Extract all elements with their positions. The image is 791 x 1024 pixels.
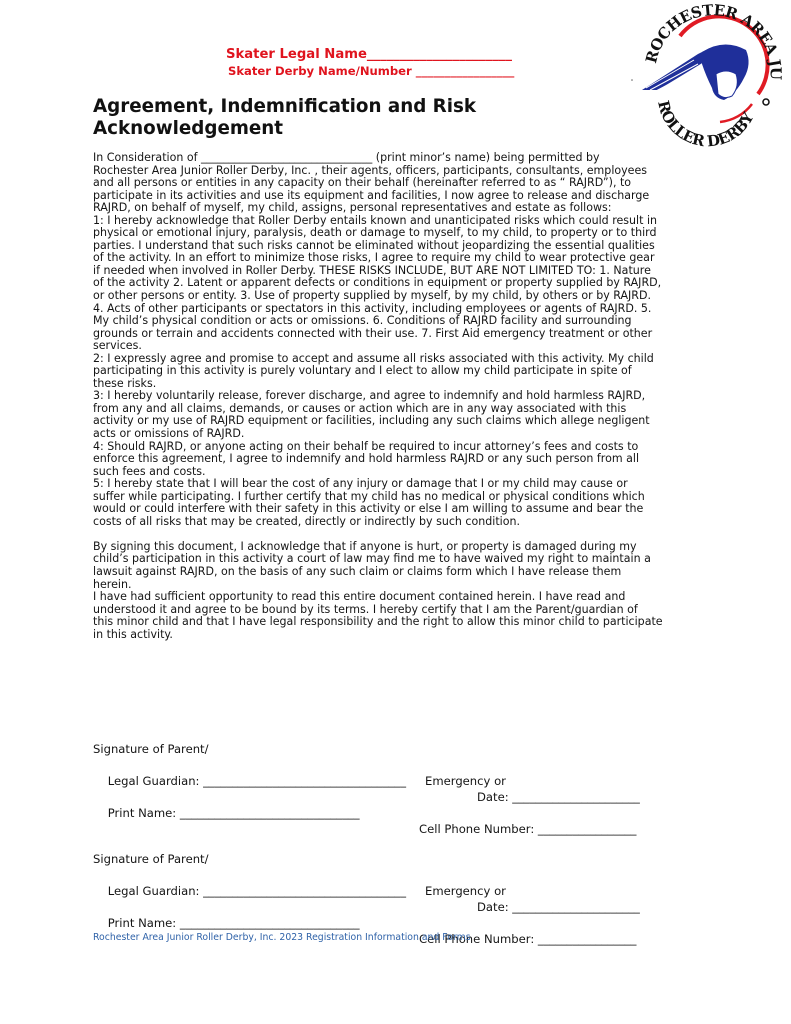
page-title: Agreement, Indemnification and Risk Ackn… (93, 96, 533, 140)
body-line: 5: I hereby state that I will bear the c… (93, 478, 713, 491)
print-name-field[interactable]: Print Name: ____________________________… (108, 916, 360, 930)
body-line: acts or omissions of RAJRD. (93, 428, 713, 441)
legal-guardian-signature-field[interactable]: Legal Guardian: ________________________… (93, 757, 713, 773)
body-line: would or could interfere with their safe… (93, 503, 713, 516)
page-footer: Rochester Area Junior Roller Derby, Inc.… (93, 932, 471, 943)
legal-guardian-signature-field[interactable]: Legal Guardian: ________________________… (93, 867, 713, 883)
cell-phone-field[interactable]: Cell Phone Number: _________________ (419, 821, 636, 837)
body-line: services. (93, 340, 713, 353)
body-line: this minor child and that I have legal r… (93, 616, 713, 629)
body-line: participating in this activity is purely… (93, 365, 713, 378)
body-line: RAJRD, on behalf of myself, my child, as… (93, 202, 713, 215)
svg-text:ROLLER DERBY: ROLLER DERBY (654, 99, 758, 150)
skater-derby-name-field[interactable]: Skater Derby Name/Number _______________… (228, 63, 514, 79)
body-line: enforce this agreement, I agree to indem… (93, 453, 713, 466)
print-name-row: Print Name: ____________________________… (93, 899, 713, 915)
body-line: in this activity. (93, 629, 713, 642)
agreement-clauses: In Consideration of ____________________… (93, 152, 713, 528)
sig-label-1: Signature of Parent/ (93, 741, 713, 757)
title-line-2: Acknowledgement (93, 118, 283, 139)
body-line: I have had sufficient opportunity to rea… (93, 591, 713, 604)
emergency-label: Emergency or (425, 883, 506, 899)
skater-fields: Skater Legal Name______________________ … (226, 47, 514, 79)
signature-block-1: Signature of Parent/ Legal Guardian: ___… (93, 741, 713, 805)
body-line: and all persons or entities in any capac… (93, 177, 713, 190)
winged-helmet-skater-icon: ROCHESTER AREA JUNIOR ROLLER DERBY (628, 2, 788, 150)
signature-block-2: Signature of Parent/ Legal Guardian: ___… (93, 851, 713, 915)
acknowledgement-paragraph: By signing this document, I acknowledge … (93, 541, 713, 641)
body-line: physical or emotional injury, paralysis,… (93, 227, 713, 240)
emergency-label: Emergency or (425, 773, 506, 789)
body-line: My child’s physical condition or acts or… (93, 315, 713, 328)
skater-legal-name-field[interactable]: Skater Legal Name______________________ (226, 47, 514, 63)
body-line: lawsuit against RAJRD, on the basis of a… (93, 566, 713, 579)
title-line-1: Agreement, Indemnification and Risk (93, 96, 476, 117)
agreement-body: In Consideration of ____________________… (93, 152, 713, 641)
print-name-field[interactable]: Print Name: ____________________________… (108, 806, 360, 820)
rajrd-logo: ROCHESTER AREA JUNIOR ROLLER DERBY (628, 2, 788, 150)
body-line: or other persons or entity. 3. Use of pr… (93, 290, 713, 303)
print-name-row: Print Name: ____________________________… (93, 789, 713, 805)
body-line: In Consideration of ____________________… (93, 152, 713, 165)
body-line: costs of all risks that may be created, … (93, 516, 713, 529)
sig-label-1: Signature of Parent/ (93, 851, 713, 867)
body-line: grounds or terrain and accidents connect… (93, 328, 713, 341)
